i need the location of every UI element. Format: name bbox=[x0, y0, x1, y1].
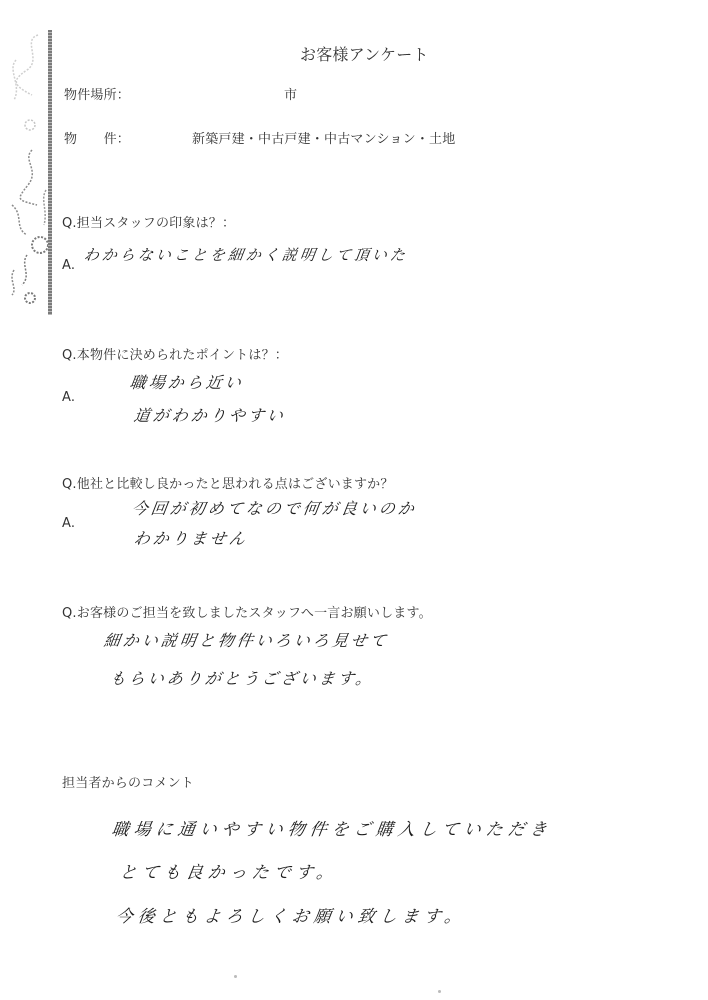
property-label: 物 件： bbox=[64, 128, 130, 147]
answer-3-line-1: 今回が初めてなので何が良いのか bbox=[130, 496, 418, 519]
answer-2-line-2: 道がわかりやすい bbox=[132, 403, 287, 426]
answer-3-line-2: わかりません bbox=[132, 526, 249, 549]
scan-speck bbox=[438, 990, 441, 993]
question-3: Q.他社と比較し良かったと思われる点はございますか？ bbox=[62, 473, 394, 492]
question-1: Q.担当スタッフの印象は？： bbox=[62, 212, 235, 231]
scroll-ornament-icon bbox=[2, 30, 50, 315]
location-label: 物件場所： bbox=[64, 84, 130, 103]
scan-speck bbox=[234, 975, 237, 978]
answer-2-prefix: A. bbox=[62, 390, 75, 405]
location-value: 市 bbox=[284, 84, 297, 103]
decorative-border-line bbox=[48, 30, 52, 315]
property-types: 新築戸建・中古戸建・中古マンション・土地 bbox=[192, 128, 455, 147]
decorative-ornament bbox=[2, 30, 50, 315]
staff-comment-line-1: 職場に通いやすい物件をご購入していただき bbox=[110, 815, 554, 840]
answer-2-line-1: 職場から近い bbox=[128, 370, 245, 393]
answer-4-line-1: 細かい説明と物件いろいろ見せて bbox=[102, 628, 390, 651]
staff-comment-heading: 担当者からのコメント bbox=[62, 772, 194, 791]
answer-1-prefix: A. bbox=[62, 258, 75, 273]
staff-comment-line-2: とても良かったです。 bbox=[118, 858, 340, 883]
staff-comment-line-3: 今後ともよろしくお願い致します。 bbox=[114, 902, 468, 927]
question-2: Q.本物件に決められたポイントは？： bbox=[62, 344, 288, 363]
answer-3-prefix: A. bbox=[62, 516, 75, 531]
answer-4-line-2: もらいありがとうございます。 bbox=[108, 666, 376, 689]
question-4: Q.お客様のご担当を致しましたスタッフへ一言お願いします。 bbox=[62, 602, 432, 621]
form-title: お客様アンケート bbox=[300, 42, 429, 65]
answer-1-line-1: わからないことを細かく説明して頂いた bbox=[83, 244, 410, 265]
